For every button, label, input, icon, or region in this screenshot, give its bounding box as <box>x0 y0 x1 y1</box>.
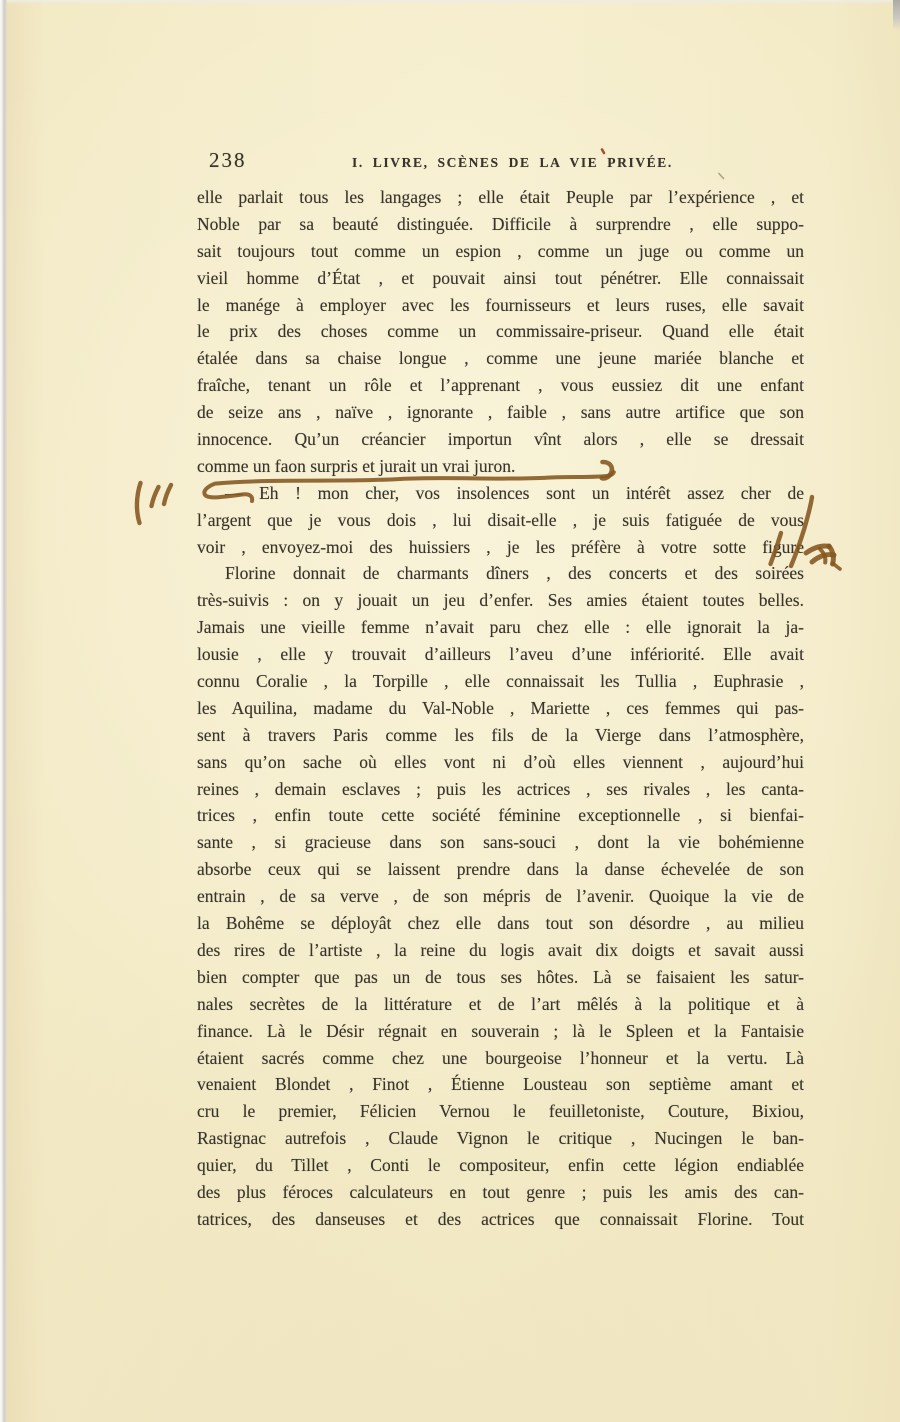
text-line: venaient Blondet , Finot , Étienne Loust… <box>197 1071 804 1098</box>
running-header: I. LIVRE, SCÈNES DE LA VIE PRIVÉE. <box>352 155 673 171</box>
text-line: quier, du Tillet , Conti le compositeur,… <box>197 1152 804 1179</box>
text-line: — Eh ! mon cher, vos insolences sont un … <box>197 480 804 507</box>
text-line: lousie , elle y trouvait d’ailleurs l’av… <box>197 641 804 668</box>
text-line: les Aquilina, madame du Val-Noble , Mari… <box>197 695 804 722</box>
text-line: étaient sacrés comme chez une bourgeoise… <box>197 1045 804 1072</box>
text-line: reines , demain esclaves ; puis les actr… <box>197 776 804 803</box>
scan-edge-top <box>0 0 900 4</box>
text-line: le manége à employer avec les fournisseu… <box>197 292 804 319</box>
text-line: Rastignac autrefois , Claude Vignon le c… <box>197 1125 804 1152</box>
text-line: sans qu’on sache où elles vont ni d’où e… <box>197 749 804 776</box>
text-line: l’argent que je vous dois , lui disait-e… <box>197 507 804 534</box>
text-line: vieil homme d’État , et pouvait ainsi to… <box>197 265 804 292</box>
text-line: innocence. Qu’un créancier importun vînt… <box>197 426 804 453</box>
text-line: absorbe ceux qui se laissent prendre dan… <box>197 856 804 883</box>
page-number: 238 <box>209 148 247 173</box>
text-line: de seize ans , naïve , ignorante , faibl… <box>197 399 804 426</box>
text-line: finance. Là le Désir régnait en souverai… <box>197 1018 804 1045</box>
text-line: sent à travers Paris comme les fils de l… <box>197 722 804 749</box>
text-line: comme un faon surpris et jurait un vrai … <box>197 453 804 480</box>
text-line: cru le premier, Félicien Vernou le feuil… <box>197 1098 804 1125</box>
text-line: bien compter que pas un de tous ses hôte… <box>197 964 804 991</box>
text-line: connu Coralie , la Torpille , elle conna… <box>197 668 804 695</box>
text-line: étalée dans sa chaise longue , comme une… <box>197 345 804 372</box>
text-line: Florine donnait de charmants dîners , de… <box>197 560 804 587</box>
left-margin-ink-mark <box>137 483 171 523</box>
scanned-book-page: 238 I. LIVRE, SCÈNES DE LA VIE PRIVÉE. e… <box>0 0 900 1422</box>
text-line: des rires de l’artiste , la reine du log… <box>197 937 804 964</box>
text-line: Noble par sa beauté distinguée. Difficil… <box>197 211 804 238</box>
text-line: tatrices, des danseuses et des actrices … <box>197 1206 804 1233</box>
text-line: des plus féroces calculateurs en tout ge… <box>197 1179 804 1206</box>
scan-edge-corner-right <box>893 0 900 30</box>
text-line: trices , enfin toute cette société fémin… <box>197 802 804 829</box>
text-line: sait toujours tout comme un espion , com… <box>197 238 804 265</box>
text-line: elle parlait tous les langages ; elle ét… <box>197 184 804 211</box>
text-line: sante , si gracieuse dans son sans-souci… <box>197 829 804 856</box>
text-column: elle parlait tous les langages ; elle ét… <box>197 184 804 1233</box>
text-line: nales secrètes de la littérature et de l… <box>197 991 804 1018</box>
text-line: fraîche, tenant un rôle et l’apprenant ,… <box>197 372 804 399</box>
text-line: entrain , de sa verve , de son mépris de… <box>197 883 804 910</box>
text-line: la Bohême se déployât chez elle dans tou… <box>197 910 804 937</box>
text-line: très-suivis : on y jouait un jeu d’enfer… <box>197 587 804 614</box>
scan-edge-left <box>0 0 7 1422</box>
text-line: Jamais une vieille femme n’avait paru ch… <box>197 614 804 641</box>
text-line: voir , envoyez-moi des huissiers , je le… <box>197 534 804 561</box>
text-line: le prix des choses comme un commissaire-… <box>197 318 804 345</box>
